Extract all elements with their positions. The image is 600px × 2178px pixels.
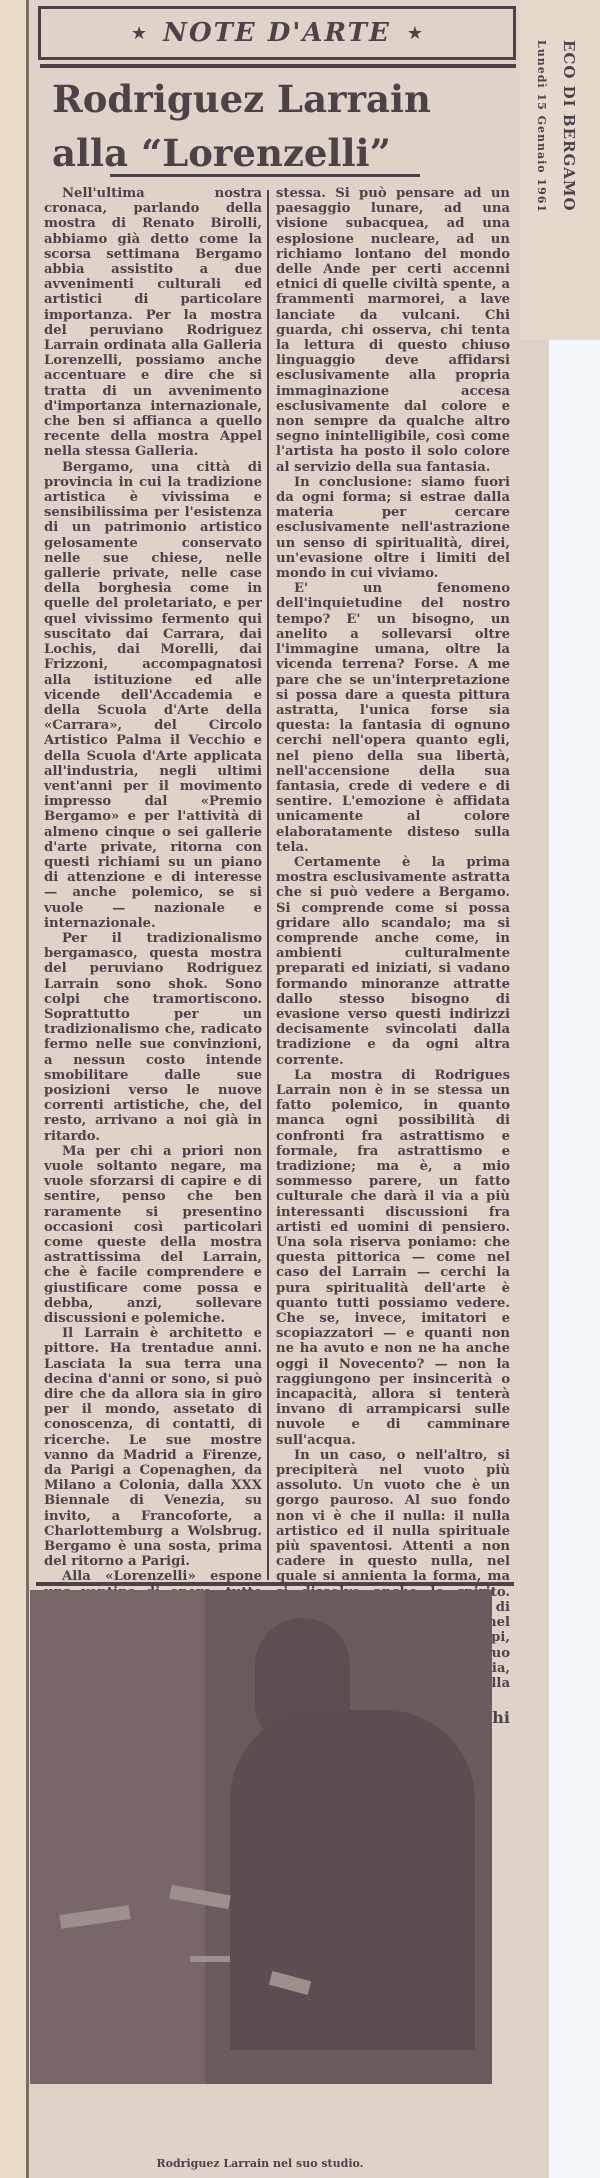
rubric-divider <box>40 64 516 68</box>
paragraph: stessa. Si può pensare ad un paesaggio l… <box>276 186 510 475</box>
rubric-label: NOTE D'ARTE <box>163 18 391 48</box>
paragraph: Nell'ultima nostra cronaca, parlando del… <box>44 186 262 460</box>
paragraph: Certamente è la prima mostra esclusivame… <box>276 855 510 1068</box>
issue-date: Lunedì 15 Gennaio 1961 <box>535 40 548 330</box>
column-divider <box>267 190 269 1580</box>
article-headline: Rodriguez Larrain alla “Lorenzelli” <box>52 72 512 180</box>
paragraph: Per il tradizionalismo bergamasco, quest… <box>44 931 262 1144</box>
photo-highlight <box>190 1956 230 1962</box>
paragraph: In conclusione: siamo fuori da ogni form… <box>276 475 510 581</box>
paragraph: Ma per chi a priori non vuole soltanto n… <box>44 1144 262 1326</box>
article-column-1: Nell'ultima nostra cronaca, parlando del… <box>44 186 262 1813</box>
photo-wall <box>30 1590 205 2084</box>
article-bottom-rule <box>36 1582 514 1586</box>
headline-divider <box>110 174 420 177</box>
paragraph: Il Larrain è architetto e pittore. Ha tr… <box>44 1326 262 1569</box>
star-icon: ★ <box>407 23 423 44</box>
paragraph: E' un fenomeno dell'inquietudine del nos… <box>276 581 510 855</box>
headline-line-2: alla “Lorenzelli” <box>52 126 512 180</box>
section-rubric: ★ NOTE D'ARTE ★ <box>38 6 516 60</box>
paragraph: La mostra di Rodrigues Larrain non è in … <box>276 1068 510 1448</box>
photo-caption: Rodriguez Larrain nel suo studio. <box>0 2157 520 2170</box>
headline-line-1: Rodriguez Larrain <box>52 72 512 126</box>
paragraph: Bergamo, una città di provincia in cui l… <box>44 460 262 931</box>
photo-figure-body <box>230 1710 475 2050</box>
newspaper-name: ECO DI BERGAMO <box>560 40 578 330</box>
artist-photo <box>30 1590 492 2084</box>
article-column-2: stessa. Si può pensare ad un paesaggio l… <box>276 186 510 1726</box>
left-margin-strip <box>0 0 28 2178</box>
star-icon: ★ <box>131 23 147 44</box>
